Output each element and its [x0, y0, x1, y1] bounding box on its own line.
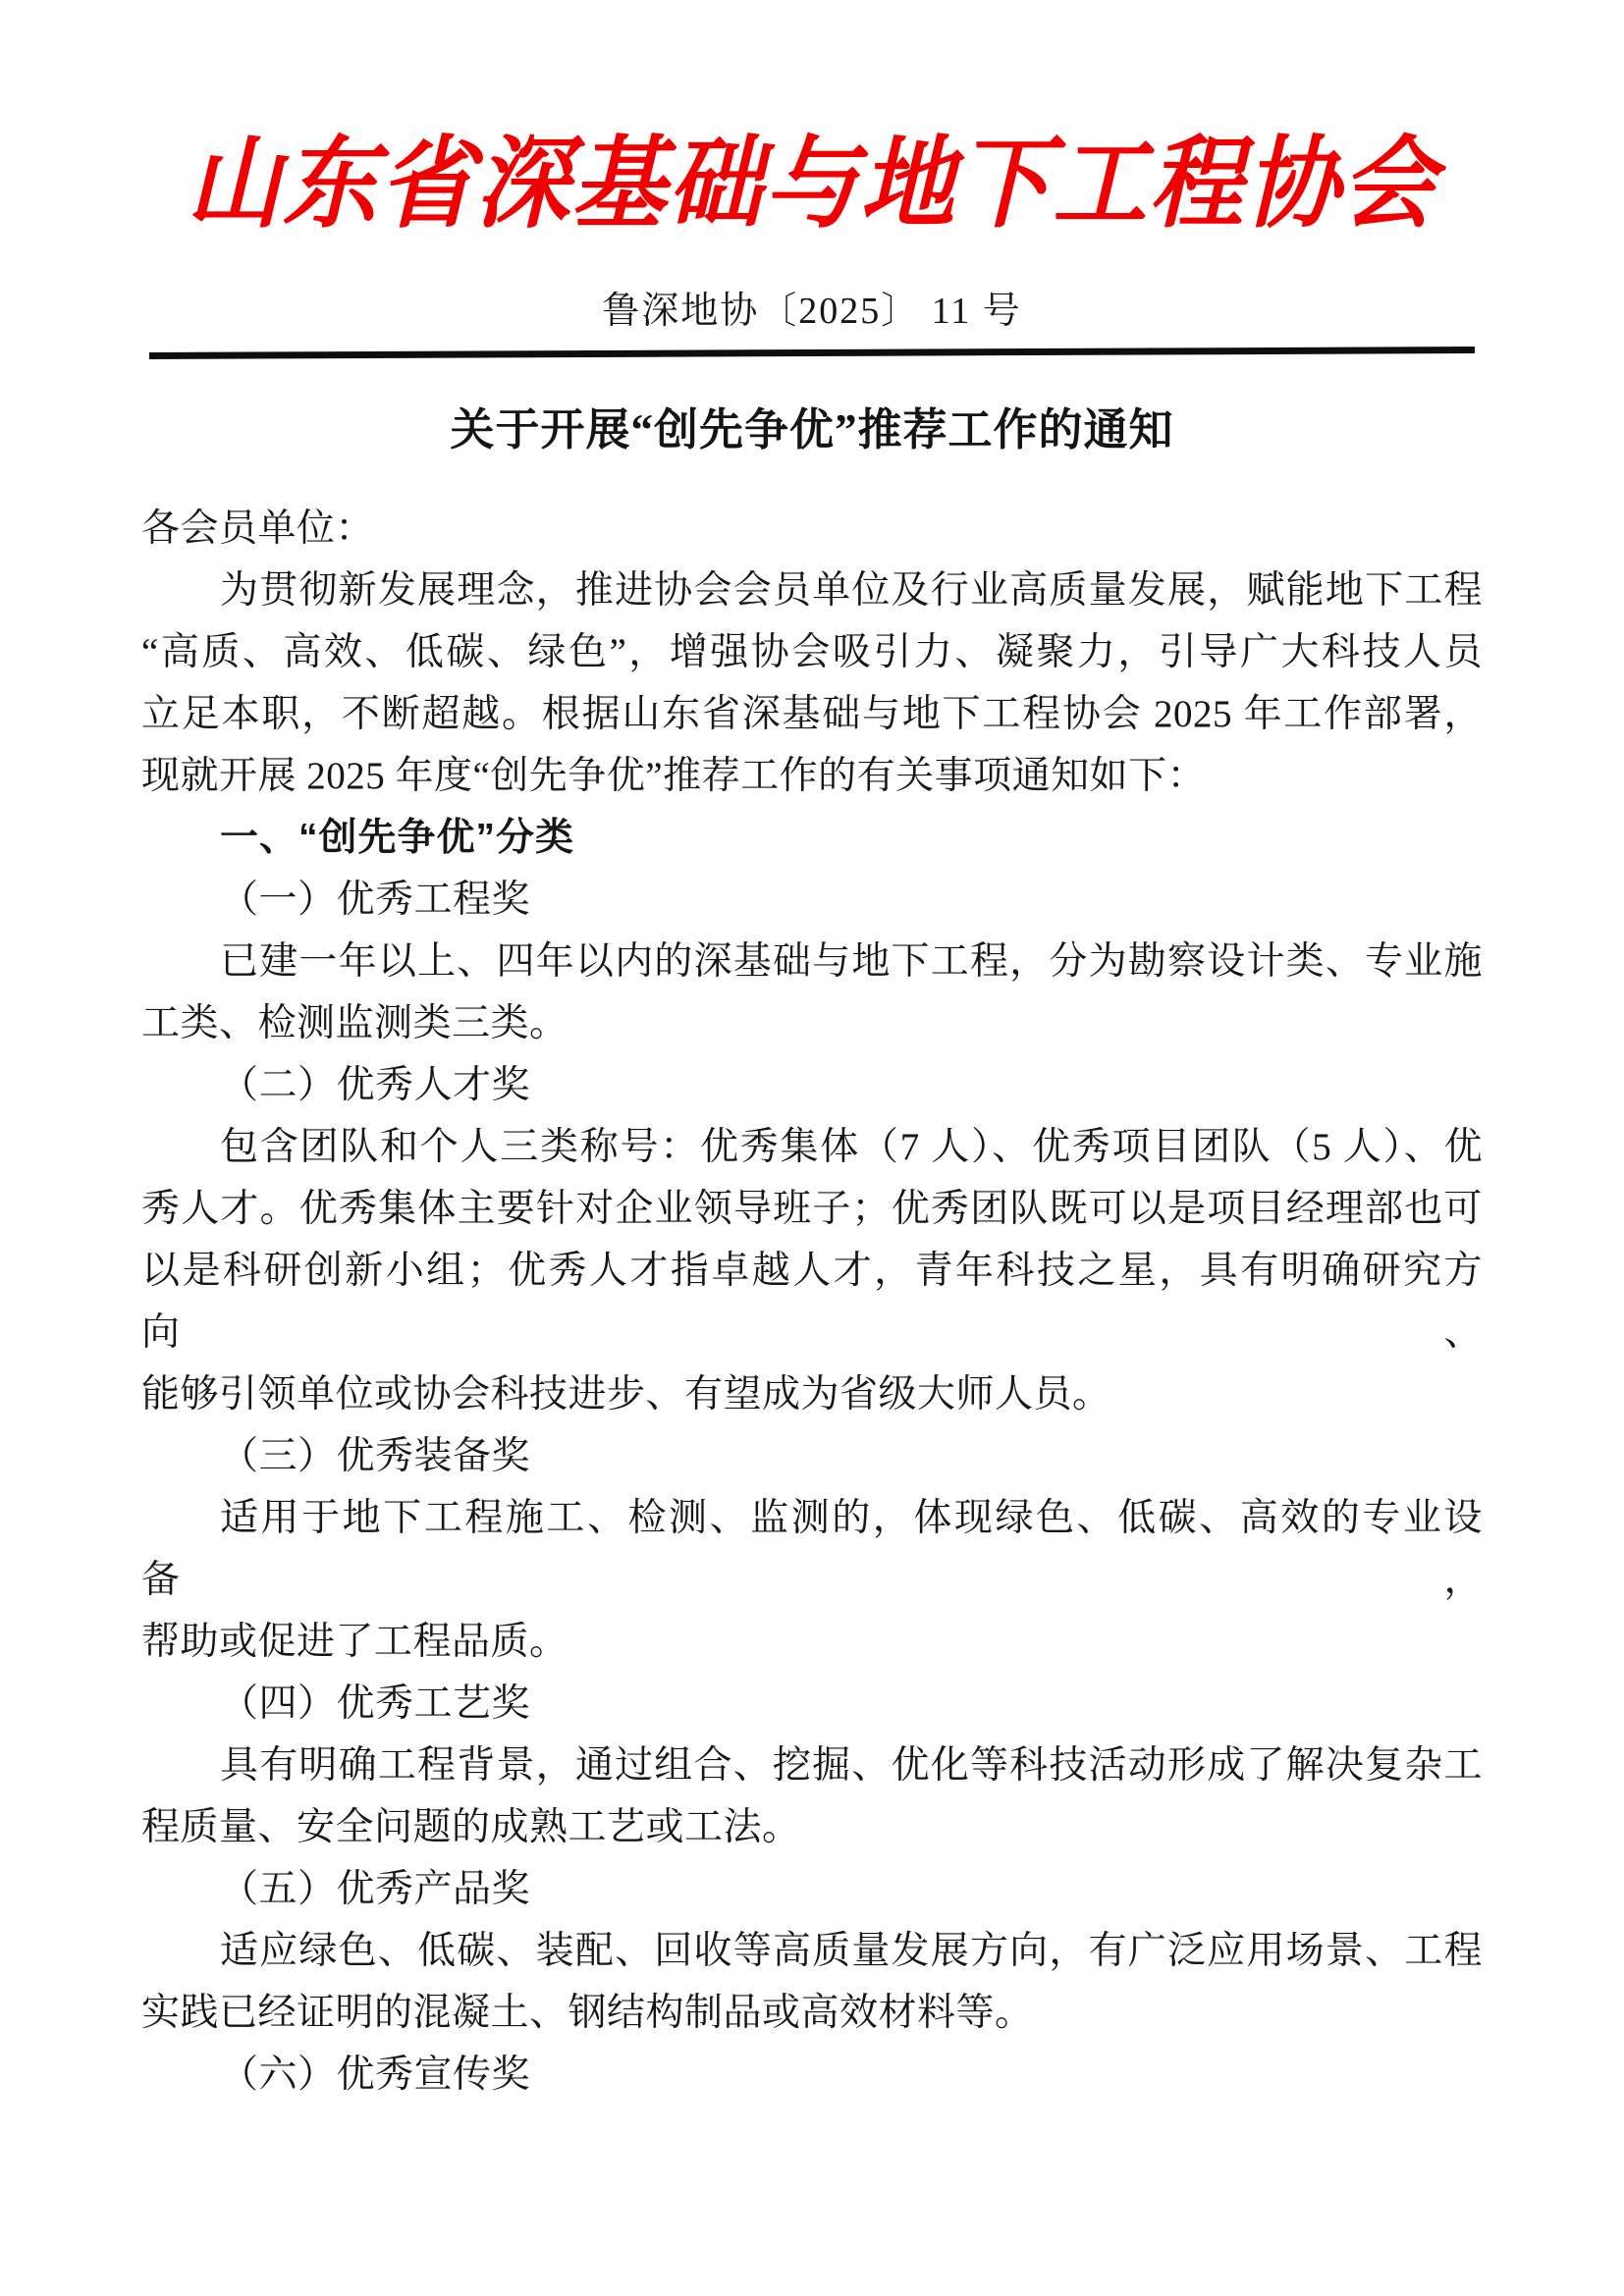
award-subheading: （四）优秀工艺奖: [141, 1673, 1483, 1735]
body-line: 程质量、安全问题的成熟工艺或工法。: [141, 1796, 1483, 1858]
doc-reference-number: 鲁深地协〔2025〕 11 号: [0, 287, 1624, 336]
award-subheading: （六）优秀宣传奖: [141, 2044, 1483, 2106]
header-divider-line: [149, 347, 1475, 359]
body-line: 帮助或促进了工程品质。: [141, 1611, 1483, 1673]
body-line: 实践已经证明的混凝土、钢结构制品或高效材料等。: [141, 1982, 1483, 2044]
notice-title: 关于开展“创先争优”推荐工作的通知: [0, 401, 1624, 458]
body-line: 能够引领单位或协会科技进步、有望成为省级大师人员。: [141, 1363, 1483, 1425]
body-line: 立足本职，不断超越。根据山东省深基础与地下工程协会 2025 年工作部署，: [141, 683, 1483, 745]
award-subheading: （五）优秀产品奖: [141, 1858, 1483, 1920]
body-line: 已建一年以上、四年以内的深基础与地下工程，分为勘察设计类、专业施: [141, 931, 1483, 992]
body-line: 以是科研创新小组；优秀人才指卓越人才，青年科技之星，具有明确研究方向、: [141, 1240, 1483, 1363]
body-line: 适用于地下工程施工、检测、监测的，体现绿色、低碳、高效的专业设备，: [141, 1487, 1483, 1611]
body-line: 现就开展 2025 年度“创先争优”推荐工作的有关事项通知如下：: [141, 745, 1483, 807]
section-heading: 一、“创先争优”分类: [141, 807, 1483, 869]
award-subheading: （三）优秀装备奖: [141, 1425, 1483, 1487]
body-line: 具有明确工程背景，通过组合、挖掘、优化等科技活动形成了解决复杂工: [141, 1735, 1483, 1796]
body-line: 工类、检测监测类三类。: [141, 992, 1483, 1054]
award-subheading: （一）优秀工程奖: [141, 869, 1483, 931]
org-masthead-title: 山东省深基础与地下工程协会: [0, 112, 1624, 257]
award-subheading: （二）优秀人才奖: [141, 1054, 1483, 1116]
body-line: 秀人才。优秀集体主要针对企业领导班子；优秀团队既可以是项目经理部也可: [141, 1178, 1483, 1240]
notice-body: 各会员单位：为贯彻新发展理念，推进协会会员单位及行业高质量发展，赋能地下工程“高…: [141, 498, 1483, 2106]
body-line: 为贯彻新发展理念，推进协会会员单位及行业高质量发展，赋能地下工程: [141, 560, 1483, 621]
body-line: 包含团队和个人三类称号：优秀集体（7 人）、优秀项目团队（5 人）、优: [141, 1116, 1483, 1178]
body-line: 各会员单位：: [141, 498, 1483, 560]
body-line: “高质、高效、低碳、绿色”，增强协会吸引力、凝聚力，引导广大科技人员: [141, 621, 1483, 683]
document-page: 山东省深基础与地下工程协会 鲁深地协〔2025〕 11 号 关于开展“创先争优”…: [0, 0, 1624, 2296]
body-line: 适应绿色、低碳、装配、回收等高质量发展方向，有广泛应用场景、工程: [141, 1920, 1483, 1982]
